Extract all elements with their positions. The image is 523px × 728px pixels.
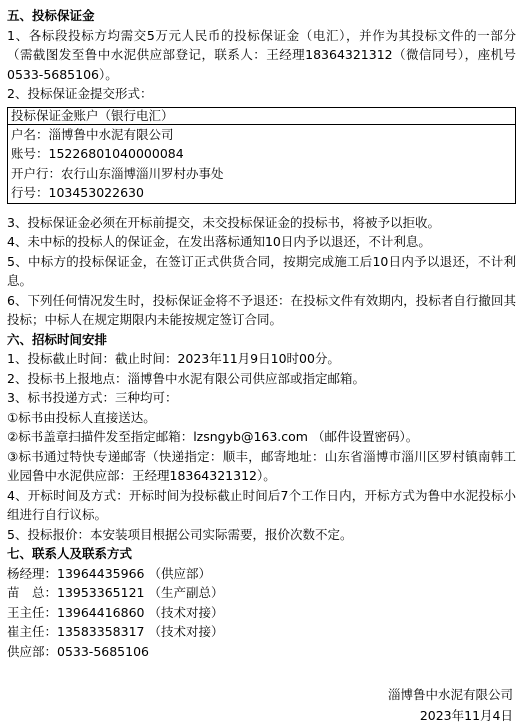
bank-code: 行号：103453022630 [11, 183, 512, 203]
account-table-body-row: 户名：淄博鲁中水泥有限公司 账号：15226801040000084 开户行：农… [8, 124, 516, 203]
deposit-clause-6: 6、下列任何情况发生时，投标保证金将不予退还：在投标文件有效期内，投标者自行撤回… [7, 291, 516, 330]
document-page: 五、投标保证金 1、各标段投标方均需交5万元人民币的投标保证金（电汇），并作为其… [0, 0, 523, 728]
schedule-item-quotation: 5、投标报价：本安装项目根据公司实际需要，报价次数不定。 [7, 525, 516, 545]
contact-cui-director: 崔主任：13583358317 （技术对接） [7, 622, 516, 642]
account-table-header-row: 投标保证金账户（银行电汇） [8, 107, 516, 124]
document-signature: 淄博鲁中水泥有限公司 2023年11月4日 [7, 685, 516, 726]
contact-supply-dept: 供应部：0533-5685106 [7, 642, 516, 662]
deposit-clause-3: 3、投标保证金必须在开标前提交，未交投标保证金的投标书，将被予以拒收。 [7, 213, 516, 233]
account-number: 账号：15226801040000084 [11, 144, 512, 164]
signature-date: 2023年11月4日 [7, 706, 513, 727]
bank-branch: 开户行：农行山东淄博淄川罗村办事处 [11, 164, 512, 184]
delivery-method-express: ③标书通过特快专递邮寄（快递指定：顺丰，邮寄地址：山东省淄博市淄川区罗村镇南韩工… [7, 447, 516, 486]
deposit-clause-1: 1、各标段投标方均需交5万元人民币的投标保证金（电汇），并作为其投标文件的一部分… [7, 26, 516, 85]
deposit-clause-5: 5、中标方的投标保证金，在签订正式供货合同，按期完成施工后10日内予以退还，不计… [7, 252, 516, 291]
contact-miao-president: 苗 总：13953365121 （生产副总） [7, 583, 516, 603]
delivery-method-email: ②标书盖章扫描件发至指定邮箱：lzsngyb@163.com （邮件设置密码）。 [7, 427, 516, 447]
signature-company: 淄博鲁中水泥有限公司 [7, 685, 513, 706]
section-6-heading: 六、招标时间安排 [7, 330, 516, 350]
schedule-item-deadline: 1、投标截止时间：截止时间：2023年11月9日10时00分。 [7, 349, 516, 369]
contact-wang-director: 王主任：13964416860 （技术对接） [7, 603, 516, 623]
deposit-account-table: 投标保证金账户（银行电汇） 户名：淄博鲁中水泥有限公司 账号：152268010… [7, 107, 516, 204]
section-7-heading: 七、联系人及联系方式 [7, 544, 516, 564]
delivery-method-direct: ①标书由投标人直接送达。 [7, 408, 516, 428]
account-table-header: 投标保证金账户（银行电汇） [8, 107, 516, 124]
section-5-heading: 五、投标保证金 [7, 6, 516, 26]
schedule-item-opening: 4、开标时间及方式：开标时间为投标截止时间后7个工作日内，开标方式为鲁中水泥投标… [7, 486, 516, 525]
deposit-clause-4: 4、未中标的投标人的保证金，在发出落标通知10日内予以退还，不计利息。 [7, 232, 516, 252]
contact-yang-manager: 杨经理：13964435966 （供应部） [7, 564, 516, 584]
account-holder-name: 户名：淄博鲁中水泥有限公司 [11, 125, 512, 145]
deposit-clause-2: 2、投标保证金提交形式： [7, 84, 516, 104]
schedule-item-location: 2、投标书上报地点：淄博鲁中水泥有限公司供应部或指定邮箱。 [7, 369, 516, 389]
schedule-item-delivery-methods: 3、标书投递方式：三种均可： [7, 388, 516, 408]
